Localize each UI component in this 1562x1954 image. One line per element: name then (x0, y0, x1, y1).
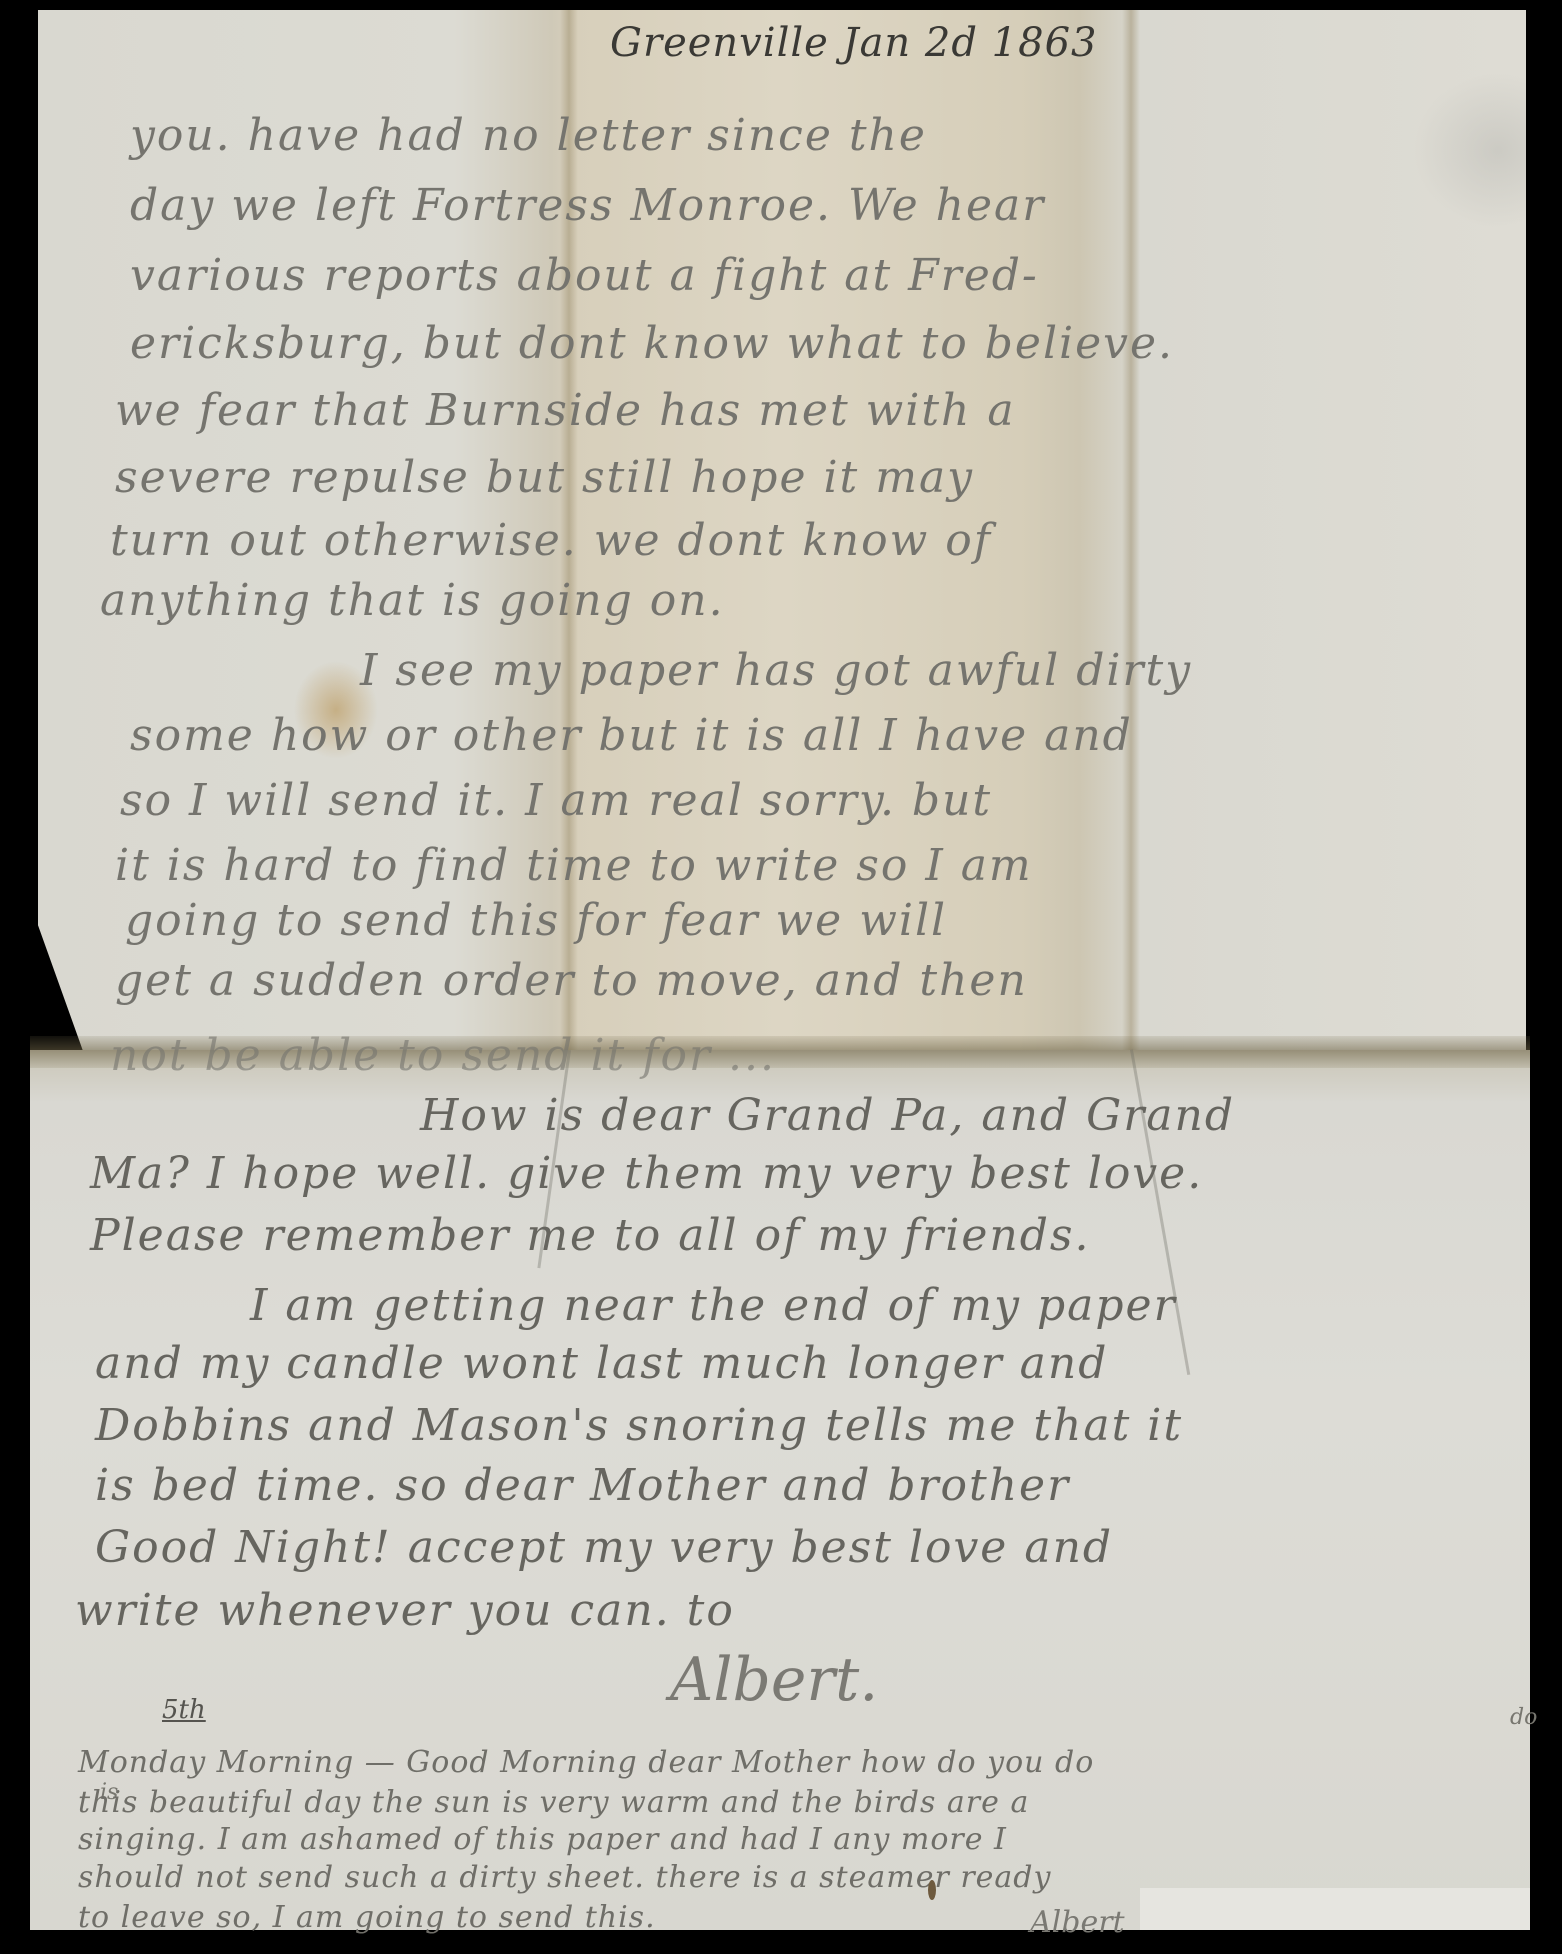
postscript-line: singing. I am ashamed of this paper and … (78, 1822, 1007, 1857)
postscript-line: should not send such a dirty sheet. ther… (78, 1860, 1051, 1895)
letter-line: Ma? I hope well. give them my very best … (90, 1148, 1203, 1199)
signature: Albert. (670, 1645, 878, 1715)
dateline: Greenville Jan 2d 1863 (610, 20, 1097, 66)
letter-line: so I will send it. I am real sorry. but (120, 775, 992, 826)
postscript-signature: Albert (1030, 1905, 1125, 1940)
letter-line: it is hard to find time to write so I am (115, 840, 1033, 891)
letter-line: I am getting near the end of my paper (250, 1280, 1177, 1331)
postscript-line: this beautiful day the sun is very warm … (78, 1785, 1029, 1820)
letter-line: anything that is going on. (100, 575, 725, 626)
letter-line: some how or other but it is all I have a… (130, 710, 1133, 761)
letter-line: we fear that Burnside has met with a (115, 385, 1016, 436)
postscript-line: to leave so, I am going to send this. (78, 1900, 656, 1935)
letter-line: severe repulse but still hope it may (115, 452, 974, 503)
letter-line: ericksburg, but dont know what to believ… (130, 318, 1174, 369)
letter-line: Good Night! accept my very best love and (95, 1522, 1113, 1573)
letter-line: I see my paper has got awful dirty (360, 645, 1192, 696)
postscript-line: Monday Morning — Good Morning dear Mothe… (78, 1745, 1094, 1780)
letter-line: day we left Fortress Monroe. We hear (130, 180, 1045, 231)
letter-line: turn out otherwise. we dont know of (110, 515, 992, 566)
letter-line: How is dear Grand Pa, and Grand (420, 1090, 1235, 1141)
letter-content: Greenville Jan 2d 1863 you. have had no … (0, 0, 1562, 1954)
letter-line: is bed time. so dear Mother and brother (95, 1460, 1070, 1511)
letter-line: not be able to send it for ... (110, 1030, 776, 1081)
letter-line: write whenever you can. to (75, 1585, 735, 1636)
letter-line: and my candle wont last much longer and (95, 1338, 1108, 1389)
letter-line: going to send this for fear we will (125, 895, 947, 946)
letter-line: get a sudden order to move, and then (115, 955, 1028, 1006)
letter-line: Dobbins and Mason's snoring tells me tha… (95, 1400, 1183, 1451)
ink-stain (928, 1880, 936, 1900)
letter-line: you. have had no letter since the (130, 110, 927, 161)
letter-line: Please remember me to all of my friends. (90, 1210, 1090, 1261)
letter-line: various reports about a fight at Fred- (130, 250, 1039, 301)
postscript-date: 5th (162, 1695, 206, 1725)
postscript-insert: do (1510, 1705, 1537, 1730)
